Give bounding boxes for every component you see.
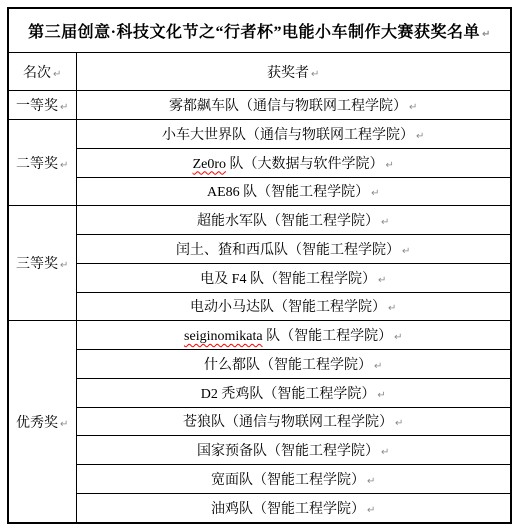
table-row: 二等奖↵小车大世界队（通信与物联网工程学院）↵	[8, 120, 511, 149]
paragraph-mark-icon: ↵	[311, 69, 319, 80]
rank-cell: 三等奖↵	[8, 206, 76, 321]
paragraph-mark-icon: ↵	[388, 303, 396, 314]
team-cell: 宽面队（智能工程学院）↵	[76, 465, 511, 494]
table-row: 苍狼队（通信与物联网工程学院）↵	[8, 407, 511, 436]
paragraph-mark-icon: ↵	[409, 102, 417, 113]
table-row: 一等奖↵雾都飙车队（通信与物联网工程学院）↵	[8, 91, 511, 120]
team-cell: D2 秃鸡队（智能工程学院）↵	[76, 378, 511, 407]
paragraph-mark-icon: ↵	[371, 188, 379, 199]
paragraph-mark-icon: ↵	[416, 131, 424, 142]
paragraph-mark-icon: ↵	[367, 505, 375, 516]
paragraph-mark-icon: ↵	[374, 361, 382, 372]
team-name: 闰土、猹和西瓜队（智能工程学院）	[176, 243, 400, 258]
team-name: 小车大世界队（通信与物联网工程学院）	[162, 128, 414, 143]
team-cell: 苍狼队（通信与物联网工程学院）↵	[76, 407, 511, 436]
table-row: 电及 F4 队（智能工程学院）↵	[8, 263, 511, 292]
team-cell: 雾都飙车队（通信与物联网工程学院）↵	[76, 91, 511, 120]
title-row: 第三届创意·科技文化节之“行者杯”电能小车制作大赛获奖名单↵	[8, 8, 511, 53]
table-row: 宽面队（智能工程学院）↵	[8, 465, 511, 494]
paragraph-mark-icon: ↵	[60, 419, 68, 430]
team-name: 电动小马达队（智能工程学院）	[190, 300, 386, 315]
rank-cell: 一等奖↵	[8, 91, 76, 120]
team-cell: 什么都队（智能工程学院）↵	[76, 350, 511, 379]
column-header-rank: 名次↵	[8, 53, 76, 91]
paragraph-mark-icon: ↵	[386, 160, 394, 171]
team-name: 雾都飙车队（通信与物联网工程学院）	[169, 99, 407, 114]
table-row: 国家预备队（智能工程学院）↵	[8, 436, 511, 465]
rank-label: 三等奖	[16, 257, 58, 272]
misspelled-team-name: seiginomikata	[184, 329, 263, 344]
team-cell: 电及 F4 队（智能工程学院）↵	[76, 263, 511, 292]
paragraph-mark-icon: ↵	[394, 332, 402, 343]
paragraph-mark-icon: ↵	[377, 390, 385, 401]
team-cell: 超能水军队（智能工程学院）↵	[76, 206, 511, 235]
rank-cell: 二等奖↵	[8, 120, 76, 206]
paragraph-mark-icon: ↵	[381, 217, 389, 228]
team-name: 苍狼队（通信与物联网工程学院）	[183, 415, 393, 430]
column-header-winner-label: 获奖者	[267, 66, 309, 81]
misspelled-team-name: Ze0ro	[193, 157, 226, 172]
award-table: 第三届创意·科技文化节之“行者杯”电能小车制作大赛获奖名单↵ 名次↵ 获奖者↵ …	[7, 7, 512, 524]
team-name: AE86 队（智能工程学院）	[207, 185, 369, 200]
table-row: 优秀奖↵seiginomikata 队（智能工程学院）↵	[8, 321, 511, 350]
team-name: D2 秃鸡队（智能工程学院）	[201, 387, 376, 402]
rank-label: 二等奖	[16, 157, 58, 172]
rank-cell: 优秀奖↵	[8, 321, 76, 523]
paragraph-mark-icon: ↵	[378, 275, 386, 286]
table-row: 电动小马达队（智能工程学院）↵	[8, 292, 511, 321]
paragraph-mark-icon: ↵	[381, 447, 389, 458]
column-header-winner: 获奖者↵	[76, 53, 511, 91]
page-title: 第三届创意·科技文化节之“行者杯”电能小车制作大赛获奖名单	[28, 24, 480, 41]
paragraph-mark-icon: ↵	[60, 260, 68, 271]
team-cell: Ze0ro 队（大数据与软件学院）↵	[76, 148, 511, 177]
team-cell: AE86 队（智能工程学院）↵	[76, 177, 511, 206]
table-row: 什么都队（智能工程学院）↵	[8, 350, 511, 379]
team-cell: 小车大世界队（通信与物联网工程学院）↵	[76, 120, 511, 149]
rank-label: 优秀奖	[16, 416, 58, 431]
paragraph-mark-icon: ↵	[367, 476, 375, 487]
table-row: 三等奖↵超能水军队（智能工程学院）↵	[8, 206, 511, 235]
rank-label: 一等奖	[16, 99, 58, 114]
table-row: AE86 队（智能工程学院）↵	[8, 177, 511, 206]
team-name: 队（大数据与软件学院）	[226, 157, 384, 172]
team-name: 宽面队（智能工程学院）	[211, 473, 365, 488]
table-row: D2 秃鸡队（智能工程学院）↵	[8, 378, 511, 407]
team-cell: 闰土、猹和西瓜队（智能工程学院）↵	[76, 235, 511, 264]
paragraph-mark-icon: ↵	[402, 246, 410, 257]
document-page: 第三届创意·科技文化节之“行者杯”电能小车制作大赛获奖名单↵ 名次↵ 获奖者↵ …	[0, 0, 519, 532]
team-cell: 电动小马达队（智能工程学院）↵	[76, 292, 511, 321]
table-row: Ze0ro 队（大数据与软件学院）↵	[8, 148, 511, 177]
paragraph-mark-icon: ↵	[482, 29, 491, 40]
team-name: 电及 F4 队（智能工程学院）	[200, 272, 376, 287]
paragraph-mark-icon: ↵	[53, 69, 61, 80]
team-name: 油鸡队（智能工程学院）	[211, 502, 365, 517]
column-header-rank-label: 名次	[23, 66, 51, 81]
team-cell: 油鸡队（智能工程学院）↵	[76, 493, 511, 523]
team-name: 什么都队（智能工程学院）	[204, 358, 372, 373]
team-name: 超能水军队（智能工程学院）	[197, 214, 379, 229]
paragraph-mark-icon: ↵	[60, 102, 68, 113]
paragraph-mark-icon: ↵	[395, 418, 403, 429]
table-row: 闰土、猹和西瓜队（智能工程学院）↵	[8, 235, 511, 264]
table-row: 油鸡队（智能工程学院）↵	[8, 493, 511, 523]
team-name: 队（智能工程学院）	[263, 329, 393, 344]
team-cell: 国家预备队（智能工程学院）↵	[76, 436, 511, 465]
paragraph-mark-icon: ↵	[60, 160, 68, 171]
team-name: 国家预备队（智能工程学院）	[197, 444, 379, 459]
header-row: 名次↵ 获奖者↵	[8, 53, 511, 91]
team-cell: seiginomikata 队（智能工程学院）↵	[76, 321, 511, 350]
table-title-cell: 第三届创意·科技文化节之“行者杯”电能小车制作大赛获奖名单↵	[8, 8, 511, 53]
